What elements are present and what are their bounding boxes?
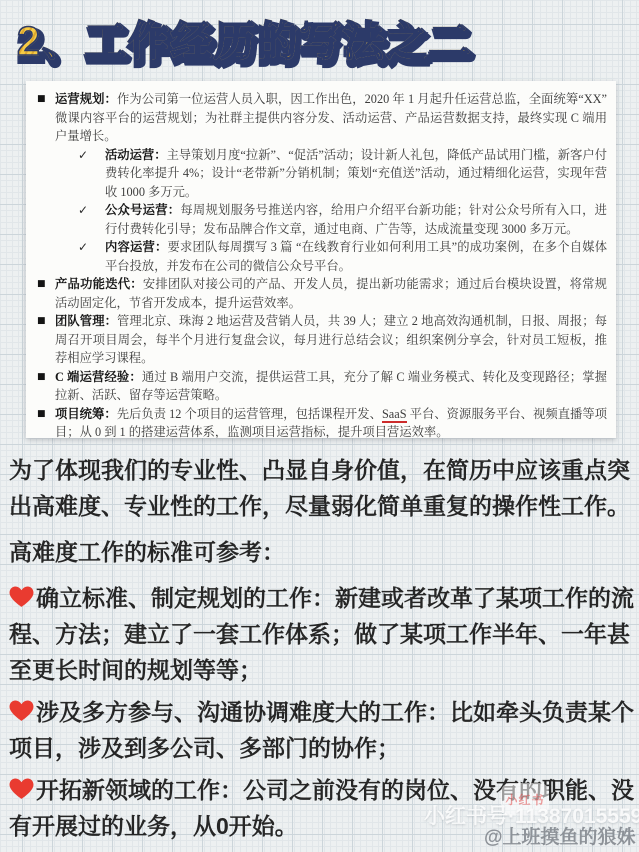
criteria-text: 确立标准、制定规划的工作：新建或者改革了某项工作的流程、方法；建立了一套工作体系… <box>9 585 634 683</box>
square-bullet-icon: ■ <box>37 312 46 331</box>
resume-subbullet-official-account-ops: ✓公众号运营：每周规划服务号推送内容，给用户介绍平台新功能；针对公众号所有入口，… <box>32 201 607 238</box>
check-icon: ✓ <box>78 146 88 165</box>
square-bullet-icon: ■ <box>37 368 46 387</box>
saas-underlined-word: SaaS <box>382 407 407 423</box>
intro-paragraph: 为了体现我们的专业性、凸显自身价值，在简历中应该重点突出高难度、专业性的工作，尽… <box>9 452 634 524</box>
bullet-text: 作为公司第一位运营人员入职，因工作出色，2020 年 1 月起升任运营总监，全面… <box>55 92 607 143</box>
note-page: { "page": { "title": "2、工作经历的写法之二" }, "r… <box>0 0 639 852</box>
bullet-label: 团队管理： <box>55 314 117 328</box>
bullet-label: 项目统筹： <box>55 407 117 421</box>
check-icon: ✓ <box>78 201 88 220</box>
criteria-item-coordination: 涉及多方参与、沟通协调难度大的工作：比如牵头负责某个项目，涉及到多公司、多部门的… <box>9 694 634 766</box>
bullet-label: 运营规划： <box>55 92 117 106</box>
square-bullet-icon: ■ <box>37 405 46 424</box>
bullet-label: 公众号运营： <box>105 203 180 217</box>
criteria-heading: 高难度工作的标准可参考： <box>9 534 634 570</box>
bullet-text: 每周规划服务号推送内容，给用户介绍平台新功能；针对公众号所有入口，进行付费转化引… <box>105 203 607 236</box>
bullet-text: 管理北京、珠海 2 地运营及营销人员，共 39 人；建立 2 地高效沟通机制，日… <box>55 314 607 365</box>
resume-bullet-project-coordination: ■项目统筹：先后负责 12 个项目的运营管理，包括课程开发、SaaS 平台、资源… <box>32 405 607 439</box>
square-bullet-icon: ■ <box>37 275 46 294</box>
bullet-label: 活动运营： <box>105 148 167 162</box>
bullet-label: 内容运营： <box>105 240 168 254</box>
heart-icon <box>9 777 34 800</box>
page-title: 2、工作经历的写法之二 2、工作经历的写法之二 <box>17 8 472 67</box>
watermark-author-handle: @上班摸鱼的狼姝 <box>484 822 636 849</box>
criteria-item-standards: 确立标准、制定规划的工作：新建或者改革了某项工作的流程、方法；建立了一套工作体系… <box>9 580 634 688</box>
resume-bullet-team-management: ■团队管理：管理北京、珠海 2 地运营及营销人员，共 39 人；建立 2 地高效… <box>32 312 607 368</box>
heart-icon <box>9 699 34 722</box>
bullet-text: 先后负责 12 个项目的运营管理，包括课程开发、 <box>117 407 382 421</box>
heart-icon <box>9 585 34 608</box>
resume-bullet-operations-planning: ■运营规划：作为公司第一位运营人员入职，因工作出色，2020 年 1 月起升任运… <box>32 90 607 146</box>
criteria-text: 涉及多方参与、沟通协调难度大的工作：比如牵头负责某个项目，涉及到多公司、多部门的… <box>9 699 634 761</box>
resume-subbullet-activity-ops: ✓活动运营：主导策划月度“拉新”、“促活”活动；设计新人礼包，降低产品试用门槛，… <box>32 146 607 202</box>
resume-subbullet-content-ops: ✓内容运营：要求团队每周撰写 3 篇 “在线教育行业如何利用工具”的成功案例，在… <box>32 238 607 275</box>
check-icon: ✓ <box>78 238 88 257</box>
bullet-label: 产品功能迭代： <box>55 277 143 291</box>
bullet-text: 要求团队每周撰写 3 篇 “在线教育行业如何利用工具”的成功案例，在多个自媒体平… <box>105 240 607 273</box>
resume-bullet-c-side-experience: ■C 端运营经验：通过 B 端用户交流，提供运营工具，充分了解 C 端业务模式、… <box>32 368 607 405</box>
resume-example-card: ■运营规划：作为公司第一位运营人员入职，因工作出色，2020 年 1 月起升任运… <box>26 81 616 438</box>
resume-bullet-product-iteration: ■产品功能迭代：安排团队对接公司的产品、开发人员，提出新功能需求；通过后台模块设… <box>32 275 607 312</box>
bullet-text: 主导策划月度“拉新”、“促活”活动；设计新人礼包，降低产品试用门槛，新客户付费转… <box>105 148 607 199</box>
square-bullet-icon: ■ <box>37 90 46 109</box>
page-title-text: 2、工作经历的写法之二 <box>17 18 472 64</box>
bullet-label: C 端运营经验： <box>55 370 142 384</box>
